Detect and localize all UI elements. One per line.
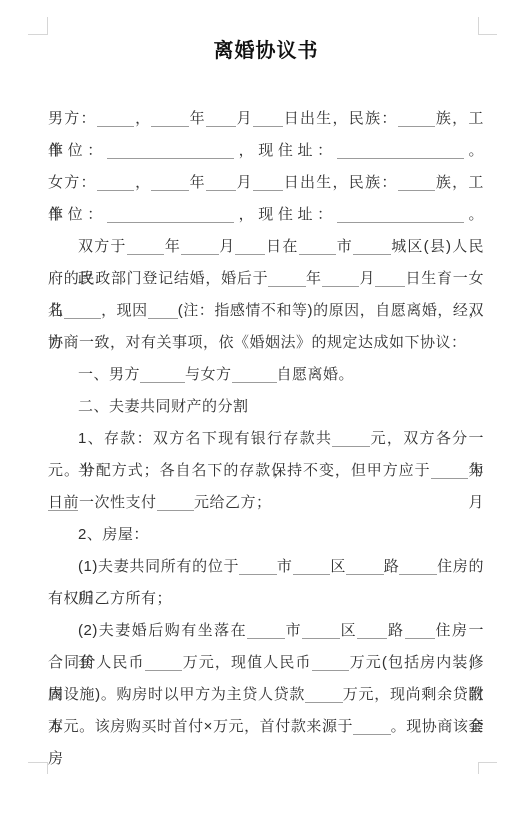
margin-crop-mark-top-right	[478, 17, 497, 35]
margin-crop-mark-top-left	[28, 17, 48, 35]
text-run: 年	[468, 462, 484, 479]
text-run: ，现住址：	[234, 142, 336, 159]
text-run: 月	[359, 270, 375, 287]
fill-in-blank-line	[151, 114, 189, 127]
document-line: (1)夫妻共同所有的位于市区路住房的所	[48, 551, 484, 583]
text-run: 元给乙方；	[194, 494, 272, 511]
fill-in-blank-line	[97, 178, 135, 191]
text-run: 区	[330, 558, 346, 575]
text-run: 年	[189, 110, 206, 127]
fill-in-blank-line	[312, 658, 350, 671]
fill-in-blank-line	[206, 114, 236, 127]
text-run: 区	[340, 622, 357, 639]
fill-in-blank-line	[337, 210, 465, 223]
fill-in-blank-line	[181, 242, 219, 255]
page-title: 离婚协议书	[48, 36, 484, 66]
document-line: 单位：，现住址：。	[48, 135, 484, 167]
fill-in-blank-line	[332, 434, 370, 447]
text-run: 单位：	[48, 142, 107, 159]
document-page: 离婚协议书 男方：，年月日出生，民族：族，工作单位：，现住址：。女方：，年月日出…	[0, 0, 528, 819]
text-run: 。	[464, 142, 484, 159]
text-run: 路	[384, 558, 400, 575]
fill-in-blank-line	[206, 178, 236, 191]
text-run: 女方：	[48, 174, 97, 191]
text-run: 自愿离婚。	[277, 366, 355, 383]
text-run: 日在	[265, 238, 298, 255]
fill-in-blank-line	[398, 114, 436, 127]
document-line: 名，现因(注：指感情不和等)的原因，自愿离婚，经双方	[48, 295, 484, 327]
text-run: 名	[48, 302, 64, 319]
text-run: 1、存款：双方名下现有银行存款共	[78, 430, 332, 447]
document-line: 元。分配方式；各自名下的存款保持不变，但甲方应于年月	[48, 455, 484, 487]
paragraphs-container: 男方：，年月日出生，民族：族，工作单位：，现住址：。女方：，年月日出生，民族：族…	[48, 103, 484, 743]
document-line: 万元。该房购买时首付×万元，首付款来源于。现协商该套房	[48, 711, 484, 743]
margin-crop-mark-bottom-left	[28, 762, 48, 774]
fill-in-blank-line	[302, 626, 340, 639]
text-run: 日前一次性支付	[48, 494, 157, 511]
fill-in-blank-line	[127, 242, 165, 255]
text-run: 万元。该房购买时首付×万元，首付款来源于	[48, 718, 353, 735]
text-run: 元。分配方式；各自名下的存款保持不变，但甲方应于	[48, 462, 431, 479]
document-line: 2、房屋：	[48, 519, 484, 551]
fill-in-blank-line	[64, 306, 102, 319]
fill-in-blank-line	[239, 562, 277, 575]
margin-crop-mark-bottom-right	[478, 762, 497, 774]
text-run: ，	[134, 110, 151, 127]
text-run: 。	[464, 206, 484, 223]
fill-in-blank-line	[253, 114, 283, 127]
document-line: 二、夫妻共同财产的分割	[48, 391, 484, 423]
text-run: 协商一致，对有关事项，依《婚姻法》的规定达成如下协议：	[48, 334, 467, 351]
text-run: 万元，现值人民币	[182, 654, 311, 671]
fill-in-blank-line	[431, 466, 469, 479]
text-run: 年	[164, 238, 181, 255]
fill-in-blank-line	[293, 562, 331, 575]
fill-in-blank-line	[107, 146, 235, 159]
document-line: 有权归乙方所有；	[48, 583, 484, 615]
text-run: 单位：	[48, 206, 107, 223]
fill-in-blank-line	[145, 658, 183, 671]
fill-in-blank-line	[157, 498, 195, 511]
fill-in-blank-line	[337, 146, 465, 159]
fill-in-blank-line	[322, 274, 360, 287]
text-run: 双方于	[78, 238, 127, 255]
text-run: 年	[189, 174, 206, 191]
text-run: 合同价人民币	[48, 654, 145, 671]
document-line: 双方于年月日在市城区(县)人民政	[48, 231, 484, 263]
text-run: ，现因	[101, 302, 148, 319]
fill-in-blank-line	[232, 370, 277, 383]
fill-in-blank-line	[357, 626, 387, 639]
text-run: 有权归乙方所有；	[48, 590, 172, 607]
text-run: 市	[277, 558, 293, 575]
text-run: 年	[306, 270, 322, 287]
document-line: 协商一致，对有关事项，依《婚姻法》的规定达成如下协议：	[48, 327, 484, 359]
fill-in-blank-line	[353, 242, 391, 255]
document-line: 男方：，年月日出生，民族：族，工作	[48, 103, 484, 135]
fill-in-blank-line	[353, 722, 391, 735]
document-line: 一、男方与女方自愿离婚。	[48, 359, 484, 391]
text-run: ，现住址：	[234, 206, 336, 223]
document-line: 府的民政部门登记结婚，婚后于年月日生育一女儿，	[48, 263, 484, 295]
document-line: 单位：，现住址：。	[48, 199, 484, 231]
document-line: 女方：，年月日出生，民族：族，工作	[48, 167, 484, 199]
text-run: 月	[236, 110, 253, 127]
document-line: 1、存款：双方名下现有银行存款共元，双方各分一半，为	[48, 423, 484, 455]
fill-in-blank-line	[375, 274, 405, 287]
document-body[interactable]: 离婚协议书 男方：，年月日出生，民族：族，工作单位：，现住址：。女方：，年月日出…	[48, 36, 484, 743]
fill-in-blank-line	[148, 306, 178, 319]
fill-in-blank-line	[299, 242, 337, 255]
text-run: ，	[134, 174, 151, 191]
text-run: 2、房屋：	[78, 526, 149, 543]
text-run: 男方：	[48, 110, 97, 127]
fill-in-blank-line	[399, 562, 437, 575]
fill-in-blank-line	[140, 370, 185, 383]
fill-in-blank-line	[253, 178, 283, 191]
fill-in-blank-line	[346, 562, 384, 575]
text-run: 市	[285, 622, 302, 639]
document-line: 合同价人民币万元，现值人民币万元(包括房内装修内附	[48, 647, 484, 679]
fill-in-blank-line	[107, 210, 235, 223]
text-run: 市	[336, 238, 353, 255]
text-run: 月	[236, 174, 253, 191]
fill-in-blank-line	[305, 690, 343, 703]
text-run: 二、夫妻共同财产的分割	[78, 398, 249, 415]
text-run: 月	[219, 238, 236, 255]
text-run: (1)夫妻共同所有的位于	[78, 558, 239, 575]
fill-in-blank-line	[97, 114, 135, 127]
text-run: 日出生，民族：	[283, 110, 398, 127]
document-line: 属设施)。购房时以甲方为主贷人贷款万元，现尚剩余贷款本金	[48, 679, 484, 711]
fill-in-blank-line	[235, 242, 265, 255]
fill-in-blank-line	[405, 626, 435, 639]
text-run: (2)夫妻婚后购有坐落在	[78, 622, 247, 639]
text-run: 属设施)。购房时以甲方为主贷人贷款	[48, 686, 305, 703]
text-run: 路	[387, 622, 404, 639]
fill-in-blank-line	[398, 178, 436, 191]
fill-in-blank-line	[247, 626, 285, 639]
fill-in-blank-line	[151, 178, 189, 191]
document-line: (2)夫妻婚后购有坐落在市区路住房一套，	[48, 615, 484, 647]
text-run: 府的民政部门登记结婚，婚后于	[48, 270, 268, 287]
text-run: 日出生，民族：	[283, 174, 398, 191]
text-run: 与女方	[185, 366, 232, 383]
fill-in-blank-line	[268, 274, 306, 287]
text-run: 一、男方	[78, 366, 140, 383]
